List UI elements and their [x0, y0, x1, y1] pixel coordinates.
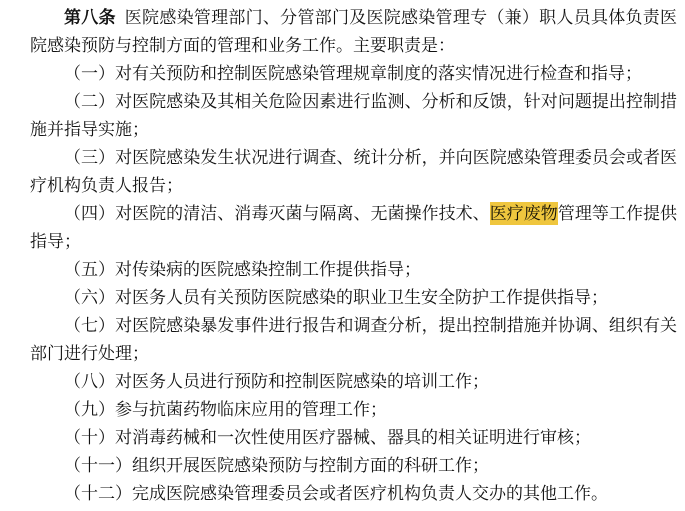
document-page: 第八条医院感染管理部门、分管部门及医院感染管理专（兼）职人员具体负责医院感染预防…	[0, 0, 685, 511]
clause-text: （九）参与抗菌药物临床应用的管理工作；	[64, 400, 387, 419]
highlighted-term-medical-waste: 医疗废物	[490, 202, 558, 225]
clause-item-5: （五）对传染病的医院感染控制工作提供指导；	[30, 256, 677, 284]
article-paragraph: 第八条医院感染管理部门、分管部门及医院感染管理专（兼）职人员具体负责医院感染预防…	[30, 4, 677, 60]
clause-item-3: （三）对医院感染发生状况进行调查、统计分析，并向医院感染管理委员会或者医疗机构负…	[30, 144, 677, 200]
clause-item-6: （六）对医务人员有关预防医院感染的职业卫生安全防护工作提供指导；	[30, 284, 677, 312]
clause-text: （十）对消毒药械和一次性使用医疗器械、器具的相关证明进行审核；	[64, 428, 591, 447]
clause-text: （八）对医务人员进行预防和控制医院感染的培训工作；	[64, 372, 489, 391]
clause-item-12: （十二）完成医院感染管理委员会或者医疗机构负责人交办的其他工作。	[30, 480, 677, 508]
clause-item-11: （十一）组织开展医院感染预防与控制方面的科研工作；	[30, 452, 677, 480]
clause-text: （一）对有关预防和控制医院感染管理规章制度的落实情况进行检查和指导；	[64, 64, 642, 83]
clause-item-1: （一）对有关预防和控制医院感染管理规章制度的落实情况进行检查和指导；	[30, 60, 677, 88]
clause-item-7: （七）对医院感染暴发事件进行报告和调查分析，提出控制措施并协调、组织有关部门进行…	[30, 312, 677, 368]
clause-text: （七）对医院感染暴发事件进行报告和调查分析，提出控制措施并协调、组织有关部门进行…	[30, 316, 677, 363]
clause-text: （三）对医院感染发生状况进行调查、统计分析，并向医院感染管理委员会或者医疗机构负…	[30, 148, 677, 195]
clause-item-8: （八）对医务人员进行预防和控制医院感染的培训工作；	[30, 368, 677, 396]
article-intro-text: 医院感染管理部门、分管部门及医院感染管理专（兼）职人员具体负责医院感染预防与控制…	[30, 8, 677, 55]
clause-item-10: （十）对消毒药械和一次性使用医疗器械、器具的相关证明进行审核；	[30, 424, 677, 452]
clause-text: （十二）完成医院感染管理委员会或者医疗机构负责人交办的其他工作。	[64, 484, 608, 503]
clause-text: （五）对传染病的医院感染控制工作提供指导；	[64, 260, 421, 279]
article-number: 第八条	[64, 8, 116, 27]
clause-text: （四）对医院的清洁、消毒灭菌与隔离、无菌操作技术、	[64, 204, 490, 223]
clause-text: （六）对医务人员有关预防医院感染的职业卫生安全防护工作提供指导；	[64, 288, 608, 307]
clause-item-4: （四）对医院的清洁、消毒灭菌与隔离、无菌操作技术、医疗废物管理等工作提供指导；	[30, 200, 677, 256]
clause-item-9: （九）参与抗菌药物临床应用的管理工作；	[30, 396, 677, 424]
clause-item-2: （二）对医院感染及其相关危险因素进行监测、分析和反馈，针对问题提出控制措施并指导…	[30, 88, 677, 144]
clause-text: （十一）组织开展医院感染预防与控制方面的科研工作；	[64, 456, 489, 475]
clause-text: （二）对医院感染及其相关危险因素进行监测、分析和反馈，针对问题提出控制措施并指导…	[30, 92, 677, 139]
